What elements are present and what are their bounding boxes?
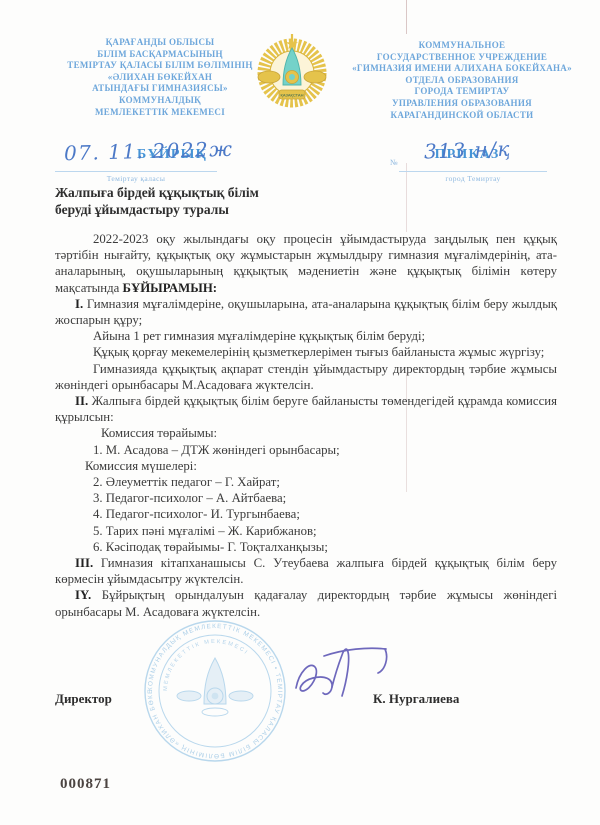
order-body: 2022-2023 оқу жылындағы оқу процесін ұйы… xyxy=(55,231,557,620)
paragraph-text: Комиссия мүшелері: xyxy=(85,459,197,473)
org-line: УПРАВЛЕНИЯ ОБРАЗОВАНИЯ xyxy=(340,98,584,110)
commission-item: 5. Тарих пәні мұғалімі – Ж. Карибжанов; xyxy=(55,523,557,539)
place-caption-russian: город Темиртау xyxy=(399,174,547,183)
title-line: Жалпыға бірдей құқықтық білім xyxy=(55,184,259,201)
resolve-keyword: БҰЙЫРАМЫН: xyxy=(123,281,218,295)
commission-heading: Комиссия мүшелері: xyxy=(55,458,557,474)
paragraph-text: 3. Педагог-психолог – А. Айтбаева; xyxy=(93,491,286,505)
paragraph-text: Гимназия мұғалімдеріне, оқушыларына, ата… xyxy=(55,297,557,327)
handwritten-date: 07. 11. 2022ж xyxy=(64,137,234,165)
official-round-stamp: КОММУНАЛДЫҚ МЕМЛЕКЕТТІК МЕКЕМЕСІ • ТЕМІР… xyxy=(140,616,290,766)
order-item: III. Гимназия кітапханашысы С. Утеубаева… xyxy=(55,555,557,587)
place-caption-kazakh: Теміртау қаласы xyxy=(55,174,217,183)
kazakhstan-coat-of-arms-icon: ҚАЗАҚСТАН xyxy=(256,27,328,115)
order-item: II. Жалпыға бірдей құқықтық білім беруге… xyxy=(55,393,557,425)
date-underline xyxy=(55,171,217,172)
org-line: «ӘЛИХАН БӨКЕЙХАН xyxy=(45,72,275,84)
signature-name-label: К. Нургалиева xyxy=(373,691,459,707)
commission-item: 4. Педагог-психолог- И. Тургынбаева; xyxy=(55,506,557,522)
order-item: IY. Бұйрықтың орындалуын қадағалау дирек… xyxy=(55,587,557,619)
commission-item: 3. Педагог-психолог – А. Айтбаева; xyxy=(55,490,557,506)
handwritten-number: 313 н/қ xyxy=(424,136,512,163)
org-line: ОТДЕЛА ОБРАЗОВАНИЯ xyxy=(340,75,584,87)
document-title: Жалпыға бірдей құқықтық білім беруді ұйы… xyxy=(55,184,259,218)
paragraph-text: Гимназияда құқықтық ақпарат стендін ұйым… xyxy=(55,362,557,392)
letterhead-org-russian: КОММУНАЛЬНОЕ ГОСУДАРСТВЕННОЕ УЧРЕЖДЕНИЕ … xyxy=(340,40,584,121)
serial-number: 000871 xyxy=(60,776,111,793)
org-line: АТЫНДАҒЫ ГИМНАЗИЯСЫ» xyxy=(45,83,275,95)
commission-item: 2. Әлеуметтік педагог – Г. Хайрат; xyxy=(55,474,557,490)
paragraph-text: 6. Кәсіподақ төрайымы- Г. Тоқталханқызы; xyxy=(93,540,328,554)
org-line: КОММУНАЛЬНОЕ xyxy=(340,40,584,52)
scanned-order-document: ҚАРАҒАНДЫ ОБЛЫСЫ БІЛІМ БАСҚАРМАСЫНЫҢ ТЕМ… xyxy=(0,0,600,825)
item-number: IY. xyxy=(75,588,91,602)
org-line: ҚАРАҒАНДЫ ОБЛЫСЫ xyxy=(45,37,275,49)
order-paragraph: Құқық қорғау мекемелерінің қызметкерлері… xyxy=(55,344,557,360)
org-line: ТЕМІРТАУ ҚАЛАСЫ БІЛІМ БӨЛІМІНІҢ xyxy=(45,60,275,72)
fold-line-top xyxy=(406,0,407,34)
org-line: ГОСУДАРСТВЕННОЕ УЧРЕЖДЕНИЕ xyxy=(340,52,584,64)
org-line: «ГИМНАЗИЯ ИМЕНИ АЛИХАНА БОКЕЙХАНА» xyxy=(340,63,584,75)
letterhead-org-kazakh: ҚАРАҒАНДЫ ОБЛЫСЫ БІЛІМ БАСҚАРМАСЫНЫҢ ТЕМ… xyxy=(45,37,275,118)
signature-role-label: Директор xyxy=(55,691,112,707)
paragraph-text: Жалпыға бірдей құқықтық білім беруге бай… xyxy=(55,394,557,424)
number-underline xyxy=(399,171,547,172)
paragraph-text: 1. М. Асадова – ДТЖ жөніндегі орынбасары… xyxy=(93,443,340,457)
number-sign-label: № xyxy=(390,158,398,167)
paragraph-text: Құқық қорғау мекемелерінің қызметкерлері… xyxy=(93,345,544,359)
paragraph-text: Комиссия төрайымы: xyxy=(101,426,217,440)
commission-heading: Комиссия төрайымы: xyxy=(55,425,557,441)
paragraph-text: Гимназия кітапханашысы С. Утеубаева жалп… xyxy=(55,556,557,586)
paragraph-text: 4. Педагог-психолог- И. Тургынбаева; xyxy=(93,507,300,521)
org-line: КАРАГАНДИНСКОЙ ОБЛАСТИ xyxy=(340,110,584,122)
paragraph-text: Бұйрықтың орындалуын қадағалау директорд… xyxy=(55,588,557,618)
commission-item: 1. М. Асадова – ДТЖ жөніндегі орынбасары… xyxy=(55,442,557,458)
title-line: беруді ұйымдастыру туралы xyxy=(55,201,259,218)
org-line: ГОРОДА ТЕМИРТАУ xyxy=(340,86,584,98)
paragraph-text: 5. Тарих пәні мұғалімі – Ж. Карибжанов; xyxy=(93,524,317,538)
org-line: БІЛІМ БАСҚАРМАСЫНЫҢ xyxy=(45,49,275,61)
paragraph-text: 2. Әлеуметтік педагог – Г. Хайрат; xyxy=(93,475,280,489)
order-paragraph: Айына 1 рет гимназия мұғалімдеріне құқық… xyxy=(55,328,557,344)
order-paragraph: Гимназияда құқықтық ақпарат стендін ұйым… xyxy=(55,361,557,393)
commission-item: 6. Кәсіподақ төрайымы- Г. Тоқталханқызы; xyxy=(55,539,557,555)
item-number: III. xyxy=(75,556,93,570)
order-paragraph: 2022-2023 оқу жылындағы оқу процесін ұйы… xyxy=(55,231,557,296)
item-number: II. xyxy=(75,394,88,408)
emblem-banner-label: ҚАЗАҚСТАН xyxy=(281,93,304,98)
org-line: КОММУНАЛДЫҚ xyxy=(45,95,275,107)
item-number: I. xyxy=(75,297,83,311)
order-item: I. Гимназия мұғалімдеріне, оқушыларына, … xyxy=(55,296,557,328)
paragraph-text: Айына 1 рет гимназия мұғалімдеріне құқық… xyxy=(93,329,425,343)
org-line: МЕМЛЕКЕТТІК МЕКЕМЕСІ xyxy=(45,107,275,119)
